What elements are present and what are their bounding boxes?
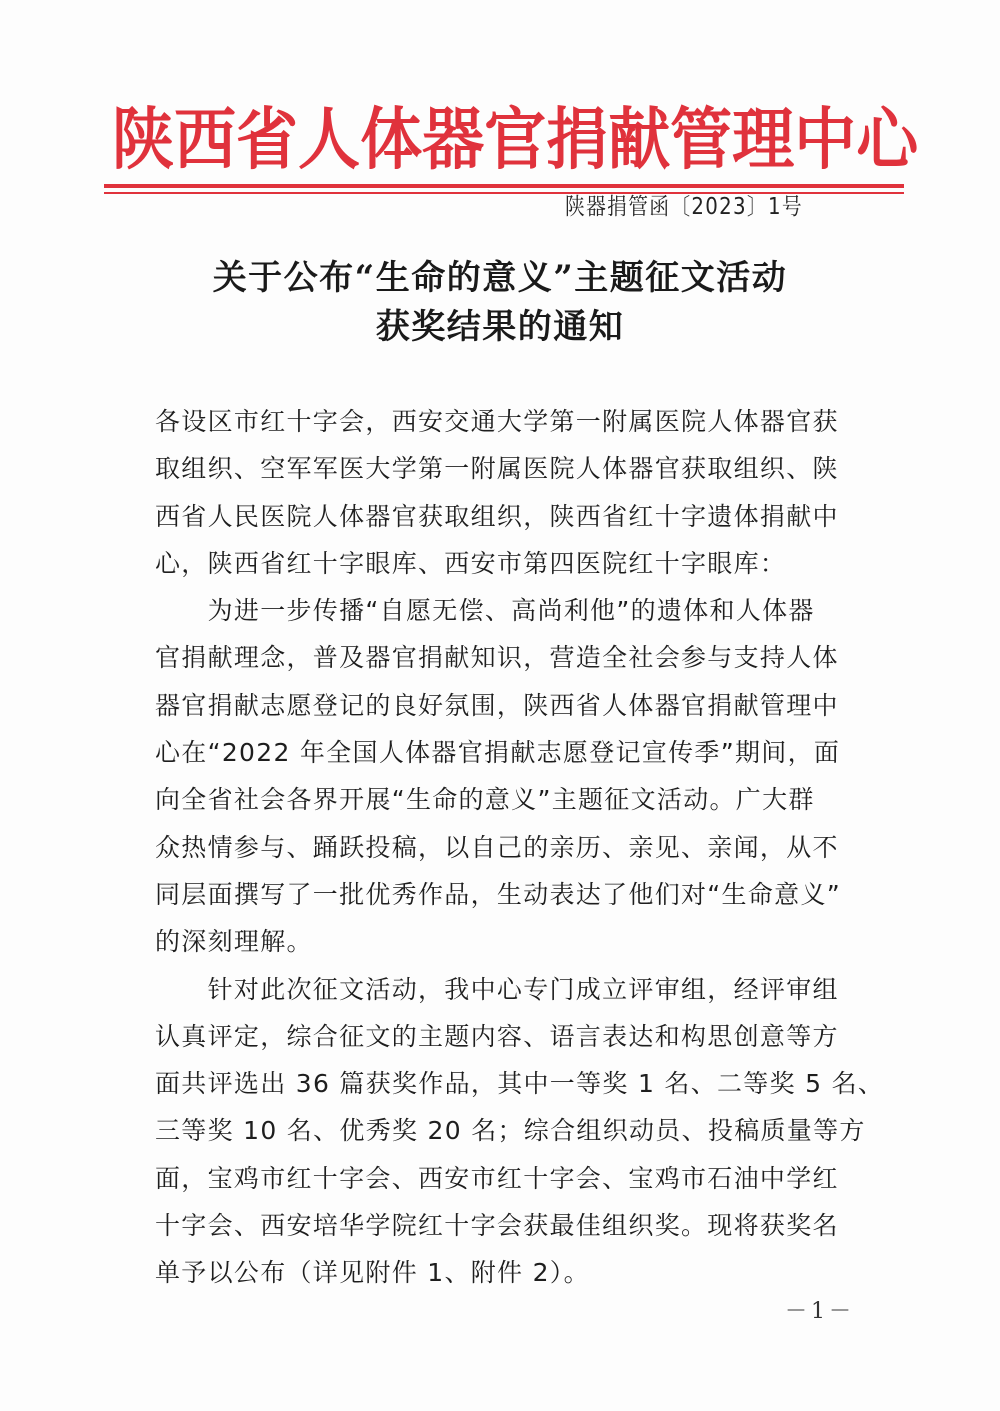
body-line: 官捐献理念，普及器官捐献知识，营造全社会参与支持人体 [155, 634, 855, 681]
body-line: 面共评选出 36 篇获奖作品，其中一等奖 1 名、二等奖 5 名、 [155, 1060, 855, 1107]
body-line: 三等奖 10 名、优秀奖 20 名；综合组织动员、投稿质量等方 [155, 1107, 855, 1154]
letterhead-char: 献 [608, 104, 670, 175]
letterhead-char: 体 [360, 104, 422, 175]
body-line: 认真评定，综合征文的主题内容、语言表达和构思创意等方 [155, 1013, 855, 1060]
letterhead-char: 理 [732, 104, 794, 175]
document-number: 陕器捐管函〔2023〕1号 [565, 192, 810, 222]
body-line: 心在“2022 年全国人体器官捐献志愿登记宣传季”期间，面 [155, 729, 855, 776]
body-line: 面，宝鸡市红十字会、西安市红十字会、宝鸡市石油中学红 [155, 1155, 855, 1202]
document-body: 各设区市红十字会，西安交通大学第一附属医院人体器官获 取组织、空军军医大学第一附… [155, 398, 855, 1297]
body-line: 同层面撰写了一批优秀作品，生动表达了他们对“生命意义” [155, 871, 855, 918]
org-letterhead: 陕 西 省 人 体 器 官 捐 献 管 理 中 心 [112, 104, 904, 175]
body-line: 单予以公布（详见附件 1、附件 2）。 [155, 1249, 855, 1296]
body-line: 十字会、西安培华学院红十字会获最佳组织奖。现将获奖名 [155, 1202, 855, 1249]
body-line: 取组织、空军军医大学第一附属医院人体器官获取组织、陕 [155, 445, 855, 492]
document-title-line-2: 获奖结果的通知 [150, 307, 850, 347]
letterhead-char: 人 [298, 104, 360, 175]
body-line: 为进一步传播“自愿无偿、高尚利他”的遗体和人体器 [155, 587, 855, 634]
body-line: 向全省社会各界开展“生命的意义”主题征文活动。广大群 [155, 776, 855, 823]
body-line: 心，陕西省红十字眼库、西安市第四医院红十字眼库： [155, 540, 855, 587]
letterhead-char: 中 [794, 104, 856, 175]
document-title-line-1: 关于公布“生命的意义”主题征文活动 [150, 258, 850, 298]
body-line: 西省人民医院人体器官获取组织，陕西省红十字遗体捐献中 [155, 493, 855, 540]
letterhead-char: 心 [856, 104, 918, 175]
body-line: 针对此次征文活动，我中心专门成立评审组，经评审组 [155, 966, 855, 1013]
letterhead-char: 西 [174, 104, 236, 175]
body-line: 器官捐献志愿登记的良好氛围，陕西省人体器官捐献管理中 [155, 682, 855, 729]
document-page: 陕 西 省 人 体 器 官 捐 献 管 理 中 心 陕器捐管函〔2023〕1号 … [0, 0, 1000, 1411]
letterhead-rule-thick [104, 184, 904, 188]
page-number: －1－ [780, 1297, 860, 1327]
letterhead-char: 捐 [546, 104, 608, 175]
letterhead-char: 省 [236, 104, 298, 175]
letterhead-char: 陕 [112, 104, 174, 175]
body-line: 各设区市红十字会，西安交通大学第一附属医院人体器官获 [155, 398, 855, 445]
letterhead-char: 官 [484, 104, 546, 175]
body-line: 的深刻理解。 [155, 918, 855, 965]
body-line: 众热情参与、踊跃投稿，以自己的亲历、亲见、亲闻，从不 [155, 824, 855, 871]
letterhead-char: 管 [670, 104, 732, 175]
letterhead-char: 器 [422, 104, 484, 175]
